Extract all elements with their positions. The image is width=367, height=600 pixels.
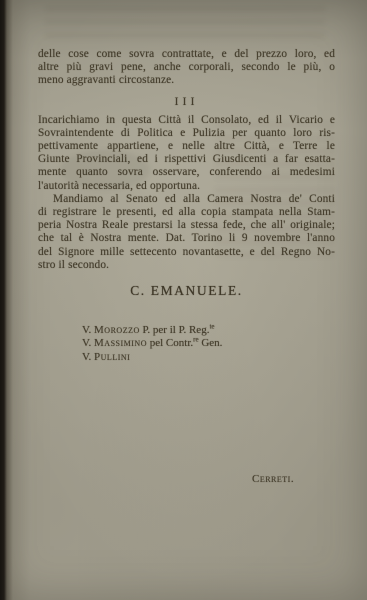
text-line: meno aggravanti circostanze. bbox=[38, 74, 335, 87]
abbrev-superscript: te bbox=[209, 322, 214, 330]
book-binding-edge bbox=[0, 0, 30, 600]
countersignature: V. Pullini bbox=[82, 351, 335, 364]
text-line: pettivamente appartiene, e nelle altre C… bbox=[38, 140, 335, 153]
text-line: altre più gravi pene, anche corporali, s… bbox=[38, 61, 335, 74]
vidit-abbrev: V. bbox=[82, 337, 91, 349]
royal-signature: C. EMANUELE. bbox=[38, 283, 335, 299]
text-line: del Signore mille settecento novantasett… bbox=[38, 246, 335, 259]
signature-role: Gen. bbox=[199, 337, 223, 349]
ink-bleed-through bbox=[45, 6, 325, 44]
section-number-heading: III bbox=[38, 94, 335, 109]
text-line: Incarichiamo in questa Città il Consolat… bbox=[38, 114, 335, 127]
text-line: che tal è Nostra mente. Dat. Torino li 9… bbox=[38, 232, 335, 245]
vidit-abbrev: V. bbox=[82, 324, 91, 336]
text-line: delle cose come sovra contrattate, e del… bbox=[38, 48, 335, 61]
printer-name: Cerreti. bbox=[252, 473, 294, 485]
countersignatures-block: V. Morozzo P. per il P. Reg.te V. Massim… bbox=[82, 324, 335, 364]
paragraph: Mandiamo al Senato ed alla Camera Nostra… bbox=[38, 193, 335, 272]
countersignature: V. Morozzo P. per il P. Reg.te bbox=[82, 324, 335, 337]
text-line: di registrare le presenti, ed alla copia… bbox=[38, 206, 335, 219]
text-line: Mandiamo al Senato ed alla Camera Nostra… bbox=[38, 193, 335, 206]
signature-role: P. per il P. Reg. bbox=[140, 324, 210, 336]
vidit-abbrev: V. bbox=[82, 351, 91, 363]
countersignature: V. Massimino pel Contr.re Gen. bbox=[82, 337, 335, 350]
text-line: Giunte Provinciali, ed i rispettivi Gius… bbox=[38, 153, 335, 166]
text-line: mente quanto sovra osservare, conferendo… bbox=[38, 166, 335, 179]
signer-name: Massimino bbox=[94, 337, 147, 349]
signer-name: Morozzo bbox=[94, 324, 140, 336]
page-text-block: delle cose come sovra contrattate, e del… bbox=[38, 48, 335, 364]
paragraph: Incarichiamo in questa Città il Consolat… bbox=[38, 114, 335, 193]
scanned-book-page: delle cose come sovra contrattate, e del… bbox=[0, 0, 367, 600]
text-line: peria Nostra Reale prestarsi la stessa f… bbox=[38, 219, 335, 232]
text-line: Sovraintendente di Politica e Pulizia pe… bbox=[38, 127, 335, 140]
signature-role: pel Contr. bbox=[147, 337, 193, 349]
text-line: l'autorità necessaria, ed opportuna. bbox=[38, 180, 335, 193]
paragraph: delle cose come sovra contrattate, e del… bbox=[38, 48, 335, 88]
text-line: stro il secondo. bbox=[38, 259, 335, 272]
signer-name: Pullini bbox=[94, 351, 130, 363]
